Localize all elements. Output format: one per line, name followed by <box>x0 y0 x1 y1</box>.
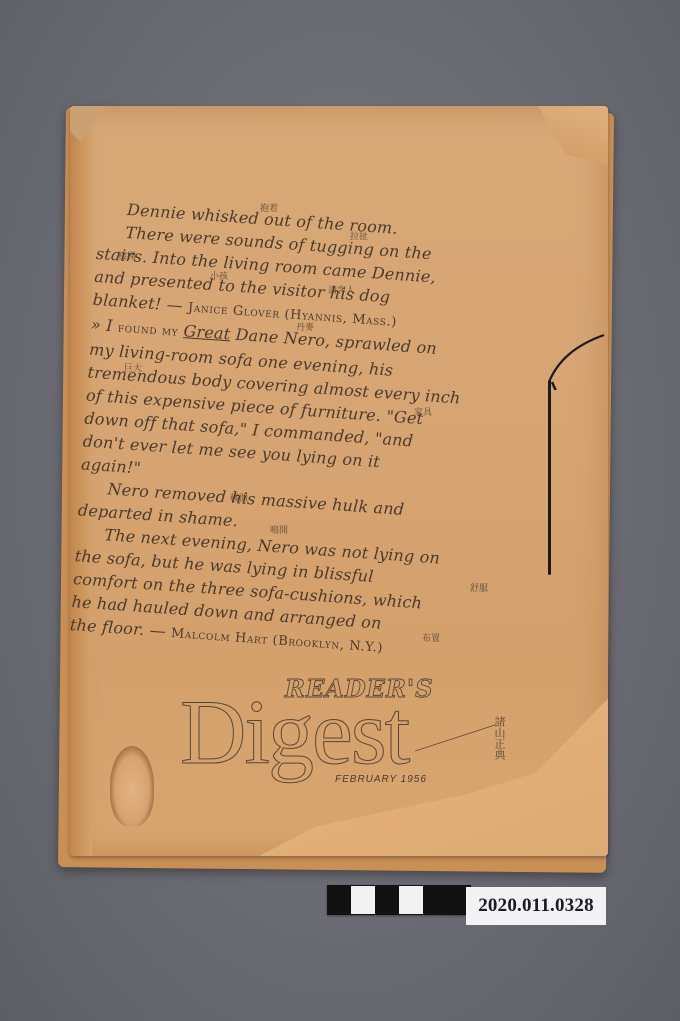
pointer-line-icon <box>415 721 505 761</box>
handwritten-text: Dennie whisked out of the room. There we… <box>70 196 569 671</box>
corner-fold-top-right <box>538 106 608 166</box>
binding-string-loop-icon <box>546 330 606 390</box>
masthead-title: Digest <box>180 686 408 778</box>
annotation-mark: 請客人 <box>328 286 355 297</box>
annotation-mark: 小孩 <box>210 272 228 283</box>
scale-segment <box>423 886 447 914</box>
scale-segment <box>327 886 351 914</box>
annotation-mark: 移開 <box>230 494 248 505</box>
annotation-mark: 巨大 <box>124 364 142 375</box>
binding-string <box>548 380 551 575</box>
annotation-mark: 家具 <box>414 408 432 419</box>
accession-number-label: 2020.011.0328 <box>466 887 606 925</box>
annotation-mark: 楼梯 <box>118 252 136 263</box>
annotation-mark: 丹麥 <box>296 323 314 334</box>
annotation-mark: 舒服 <box>470 584 488 595</box>
scale-segment <box>399 886 423 914</box>
photo-scale-bar <box>327 885 471 915</box>
tear-hole <box>110 746 154 826</box>
text-fragment: the floor. — <box>70 615 167 641</box>
underlined-word: Great <box>183 321 231 343</box>
annotation-mark: 抱着 <box>260 204 278 215</box>
annotation-mark: 鳴開 <box>270 526 288 537</box>
side-annotation: 諸山正典 <box>494 716 505 760</box>
annotation-mark: 布置 <box>422 634 440 645</box>
text-fragment: » I <box>90 315 113 335</box>
scale-segment <box>375 886 399 914</box>
text-fragment: blanket! — <box>92 290 183 315</box>
manuscript-page: Dennie whisked out of the room. There we… <box>70 106 608 856</box>
text-fragment: found my <box>117 321 178 340</box>
scale-segment <box>351 886 375 914</box>
annotation-mark: 拉扯 <box>350 232 368 243</box>
masthead-issue-date: FEBRUARY 1956 <box>335 774 427 785</box>
